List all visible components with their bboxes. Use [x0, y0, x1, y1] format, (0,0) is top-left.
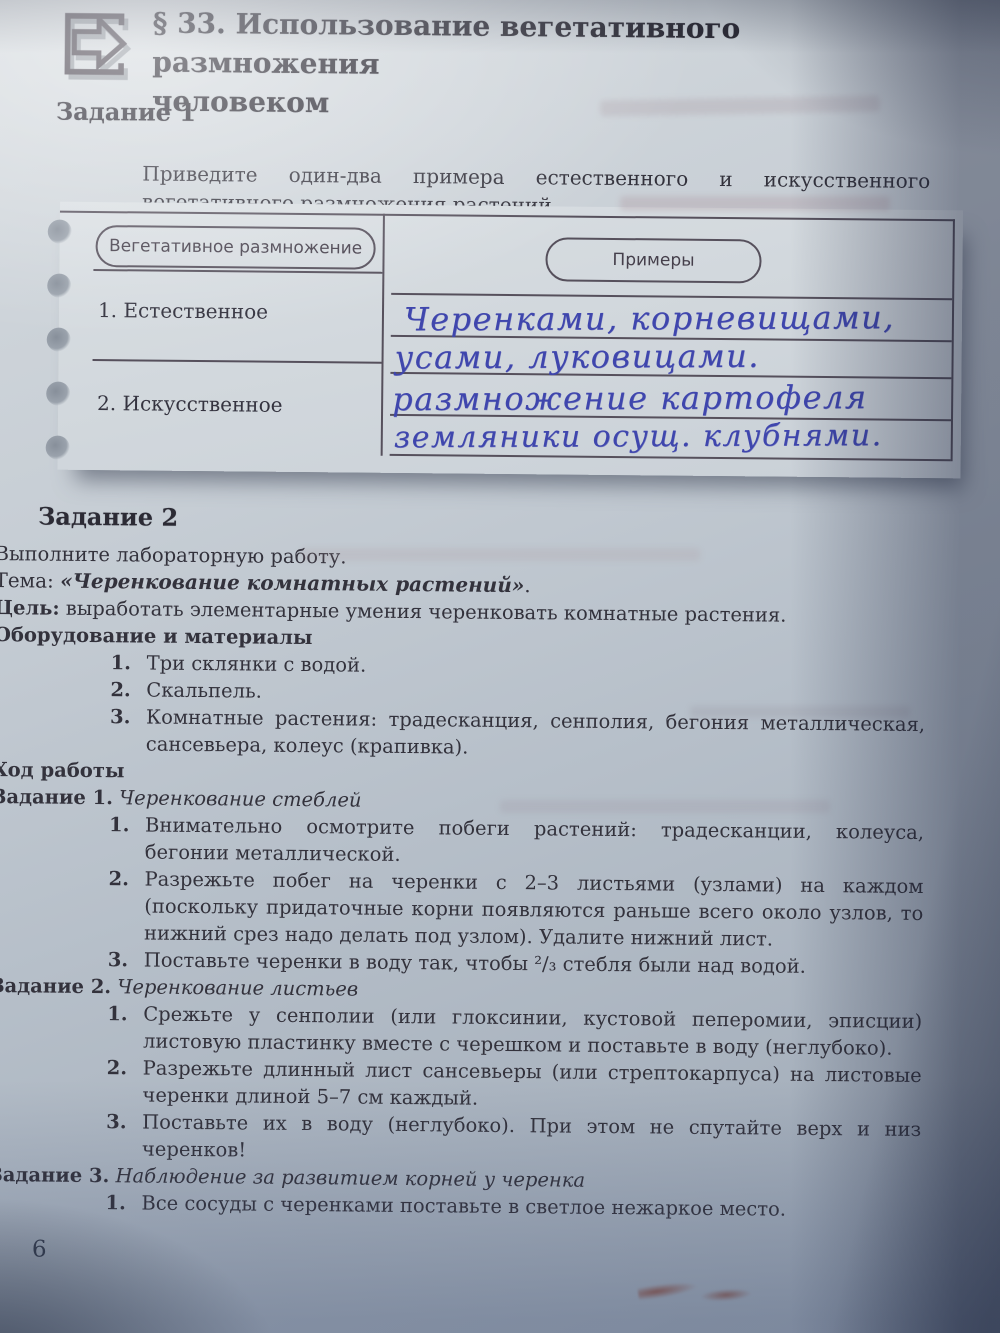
step-number: 1.	[107, 1000, 128, 1027]
step-number: 3.	[108, 946, 129, 973]
item-number: 3.	[110, 703, 131, 730]
subtask-label: Задание 1.	[0, 785, 113, 809]
subtask-title: Наблюдение за развитием корней у черенка	[115, 1164, 585, 1192]
task1-heading: Задание 1	[56, 97, 196, 127]
step-item: 2. Разрежьте длинный лист сансевьеры (ил…	[106, 1054, 921, 1116]
subtask-label: Задание 3.	[0, 1163, 109, 1187]
equipment-list: 1. Три склянки с водой. 2. Скальпель. 3.…	[110, 649, 926, 765]
theme-label: Тема:	[0, 568, 54, 593]
table-row-label: 2. Искусственное	[97, 391, 283, 417]
table-row-label: 1. Естественное	[98, 298, 268, 324]
item-text: Скальпель.	[146, 679, 262, 703]
step-text: Поставьте их в воду (неглубоко). При это…	[142, 1110, 921, 1161]
goal-label: Цель:	[0, 596, 60, 620]
equipment-item: 3. Комнатные растения: традесканция, сен…	[110, 703, 925, 765]
step-item: 2. Разрежьте побег на черенки с 2–3 лист…	[108, 865, 924, 954]
step-number: 1.	[109, 811, 130, 838]
torn-edge-notch	[47, 328, 71, 352]
title-line1: § 33. Использование вегетативного размно…	[152, 7, 740, 81]
step-item: 3. Поставьте их в воду (неглубоко). При …	[106, 1108, 921, 1170]
subtask-label: Задание 2.	[0, 974, 111, 998]
step-text: Разрежьте побег на черенки с 2–3 листьям…	[144, 868, 924, 951]
theme-period: .	[524, 573, 531, 597]
col2-header-label: Примеры	[612, 250, 694, 271]
col1-header-pill: Вегетативное размножение	[95, 225, 375, 270]
handwritten-answer: усами, луковицами.	[395, 337, 760, 377]
step-item: 1. Срежьте у сенполии (или глоксинии, ку…	[107, 1000, 922, 1062]
lab-work-section: Выполните лабораторную работу. Тема: «Че…	[0, 540, 929, 1224]
step-text: Срежьте у сенполии (или глоксинии, кусто…	[143, 1003, 922, 1060]
subtask-title: Черенкование стеблей	[119, 786, 362, 811]
page-content: § 33. Использование вегетативного размно…	[0, 0, 1000, 1333]
step-number: 2.	[107, 1054, 128, 1081]
step-number: 1.	[105, 1189, 126, 1216]
subtask1-steps: 1. Внимательно осмотрите побеги растений…	[108, 811, 925, 981]
workbook-page-photo: § 33. Использование вегетативного размно…	[0, 0, 1000, 1333]
handwritten-answer: Черенками, корневищами,	[404, 298, 895, 338]
step-text: Внимательно осмотрите побеги растений: т…	[145, 814, 924, 866]
table-row-divider	[93, 359, 382, 364]
page-number: 6	[32, 1236, 47, 1262]
torn-edge-notch	[46, 436, 70, 460]
subtask2-steps: 1. Срежьте у сенполии (или глоксинии, ку…	[106, 1000, 923, 1170]
item-number: 2.	[110, 676, 131, 703]
step-item: 1. Внимательно осмотрите побеги растений…	[109, 811, 924, 873]
item-text: Три склянки с водой.	[147, 652, 367, 677]
step-number: 3.	[106, 1108, 127, 1135]
page-title: § 33. Использование вегетативного размно…	[152, 4, 943, 129]
item-number: 1.	[111, 649, 132, 676]
torn-edge-notch	[46, 382, 70, 406]
handwritten-answer: земляники осущ. клубнями.	[394, 418, 883, 455]
torn-edge-notch	[48, 220, 72, 244]
table-column-divider	[381, 214, 385, 456]
theme-title: «Черенкование комнатных растений»	[60, 569, 524, 597]
handwritten-answer: размножение картофеля	[392, 378, 867, 418]
step-text: Поставьте черенки в воду так, чтобы ²/₃ …	[144, 949, 806, 978]
task1-table: Вегетативное размножение Примеры 1. Есте…	[57, 202, 963, 479]
step-text: Все сосуды с черенками поставьте в светл…	[141, 1191, 786, 1220]
step-text: Разрежьте длинный лист сансевьеры (или с…	[142, 1057, 921, 1110]
step-number: 2.	[108, 865, 129, 892]
table-header-underline	[93, 269, 382, 274]
item-text: Комнатные растения: традесканция, сенпол…	[146, 706, 925, 759]
subtask-title: Черенкование листьев	[117, 975, 358, 1000]
task2-heading: Задание 2	[38, 501, 178, 531]
torn-edge-notch	[47, 274, 71, 298]
paragraph-arrow-icon	[57, 1, 134, 88]
table-top-border	[60, 211, 955, 222]
col2-header-pill: Примеры	[545, 237, 761, 283]
col1-header-label: Вегетативное размножение	[109, 236, 362, 258]
